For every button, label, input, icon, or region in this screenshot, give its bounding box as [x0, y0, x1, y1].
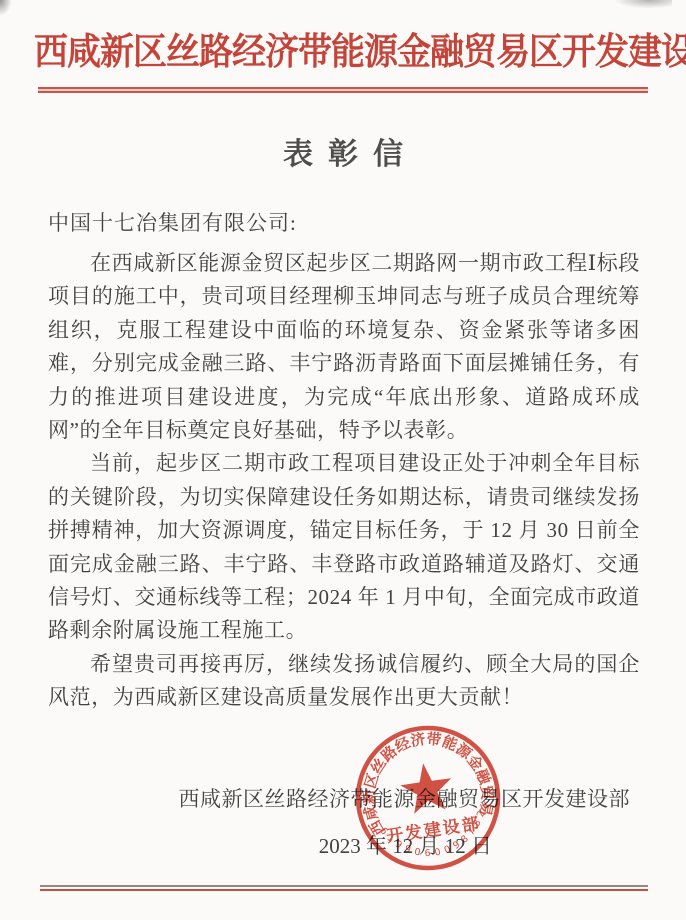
footer-rule-gray-line [40, 885, 648, 887]
footer-rule-red-line [40, 889, 648, 891]
official-seal-stamp: 西咸新区丝路经济带能源金融贸易区 开发建设部 6199060098782 [331, 701, 525, 895]
paragraph-2: 当前，起步区二期市政工程项目建设正处于冲刺全年目标的关键阶段，为切实保障建设任务… [48, 447, 640, 647]
footer-rule [40, 885, 648, 891]
letterhead-title: 西咸新区丝路经济带能源金融贸易区开发建设部 [34, 20, 652, 87]
scan-artifact-top-right [616, 0, 672, 8]
paragraph-1: 在西咸新区能源金贸区起步区二期路网一期市政工程Ⅰ标段项目的施工中，贵司项目经理柳… [48, 247, 640, 447]
scan-artifact-top-left [0, 0, 12, 16]
letterhead-rule [38, 87, 648, 93]
paragraph-3: 希望贵司再接再厉，继续发扬诚信履约、顾全大局的国企风范，为西咸新区建设高质量发展… [48, 648, 640, 715]
letterhead-header: 西咸新区丝路经济带能源金融贸易区开发建设部 [0, 22, 686, 93]
stamp-star [398, 760, 456, 815]
salutation: 中国十七冶集团有限公司: [48, 207, 640, 240]
signature-date: 2023 年 12 月 12 日 [48, 830, 640, 863]
letter-title: 表彰信 [0, 135, 686, 175]
